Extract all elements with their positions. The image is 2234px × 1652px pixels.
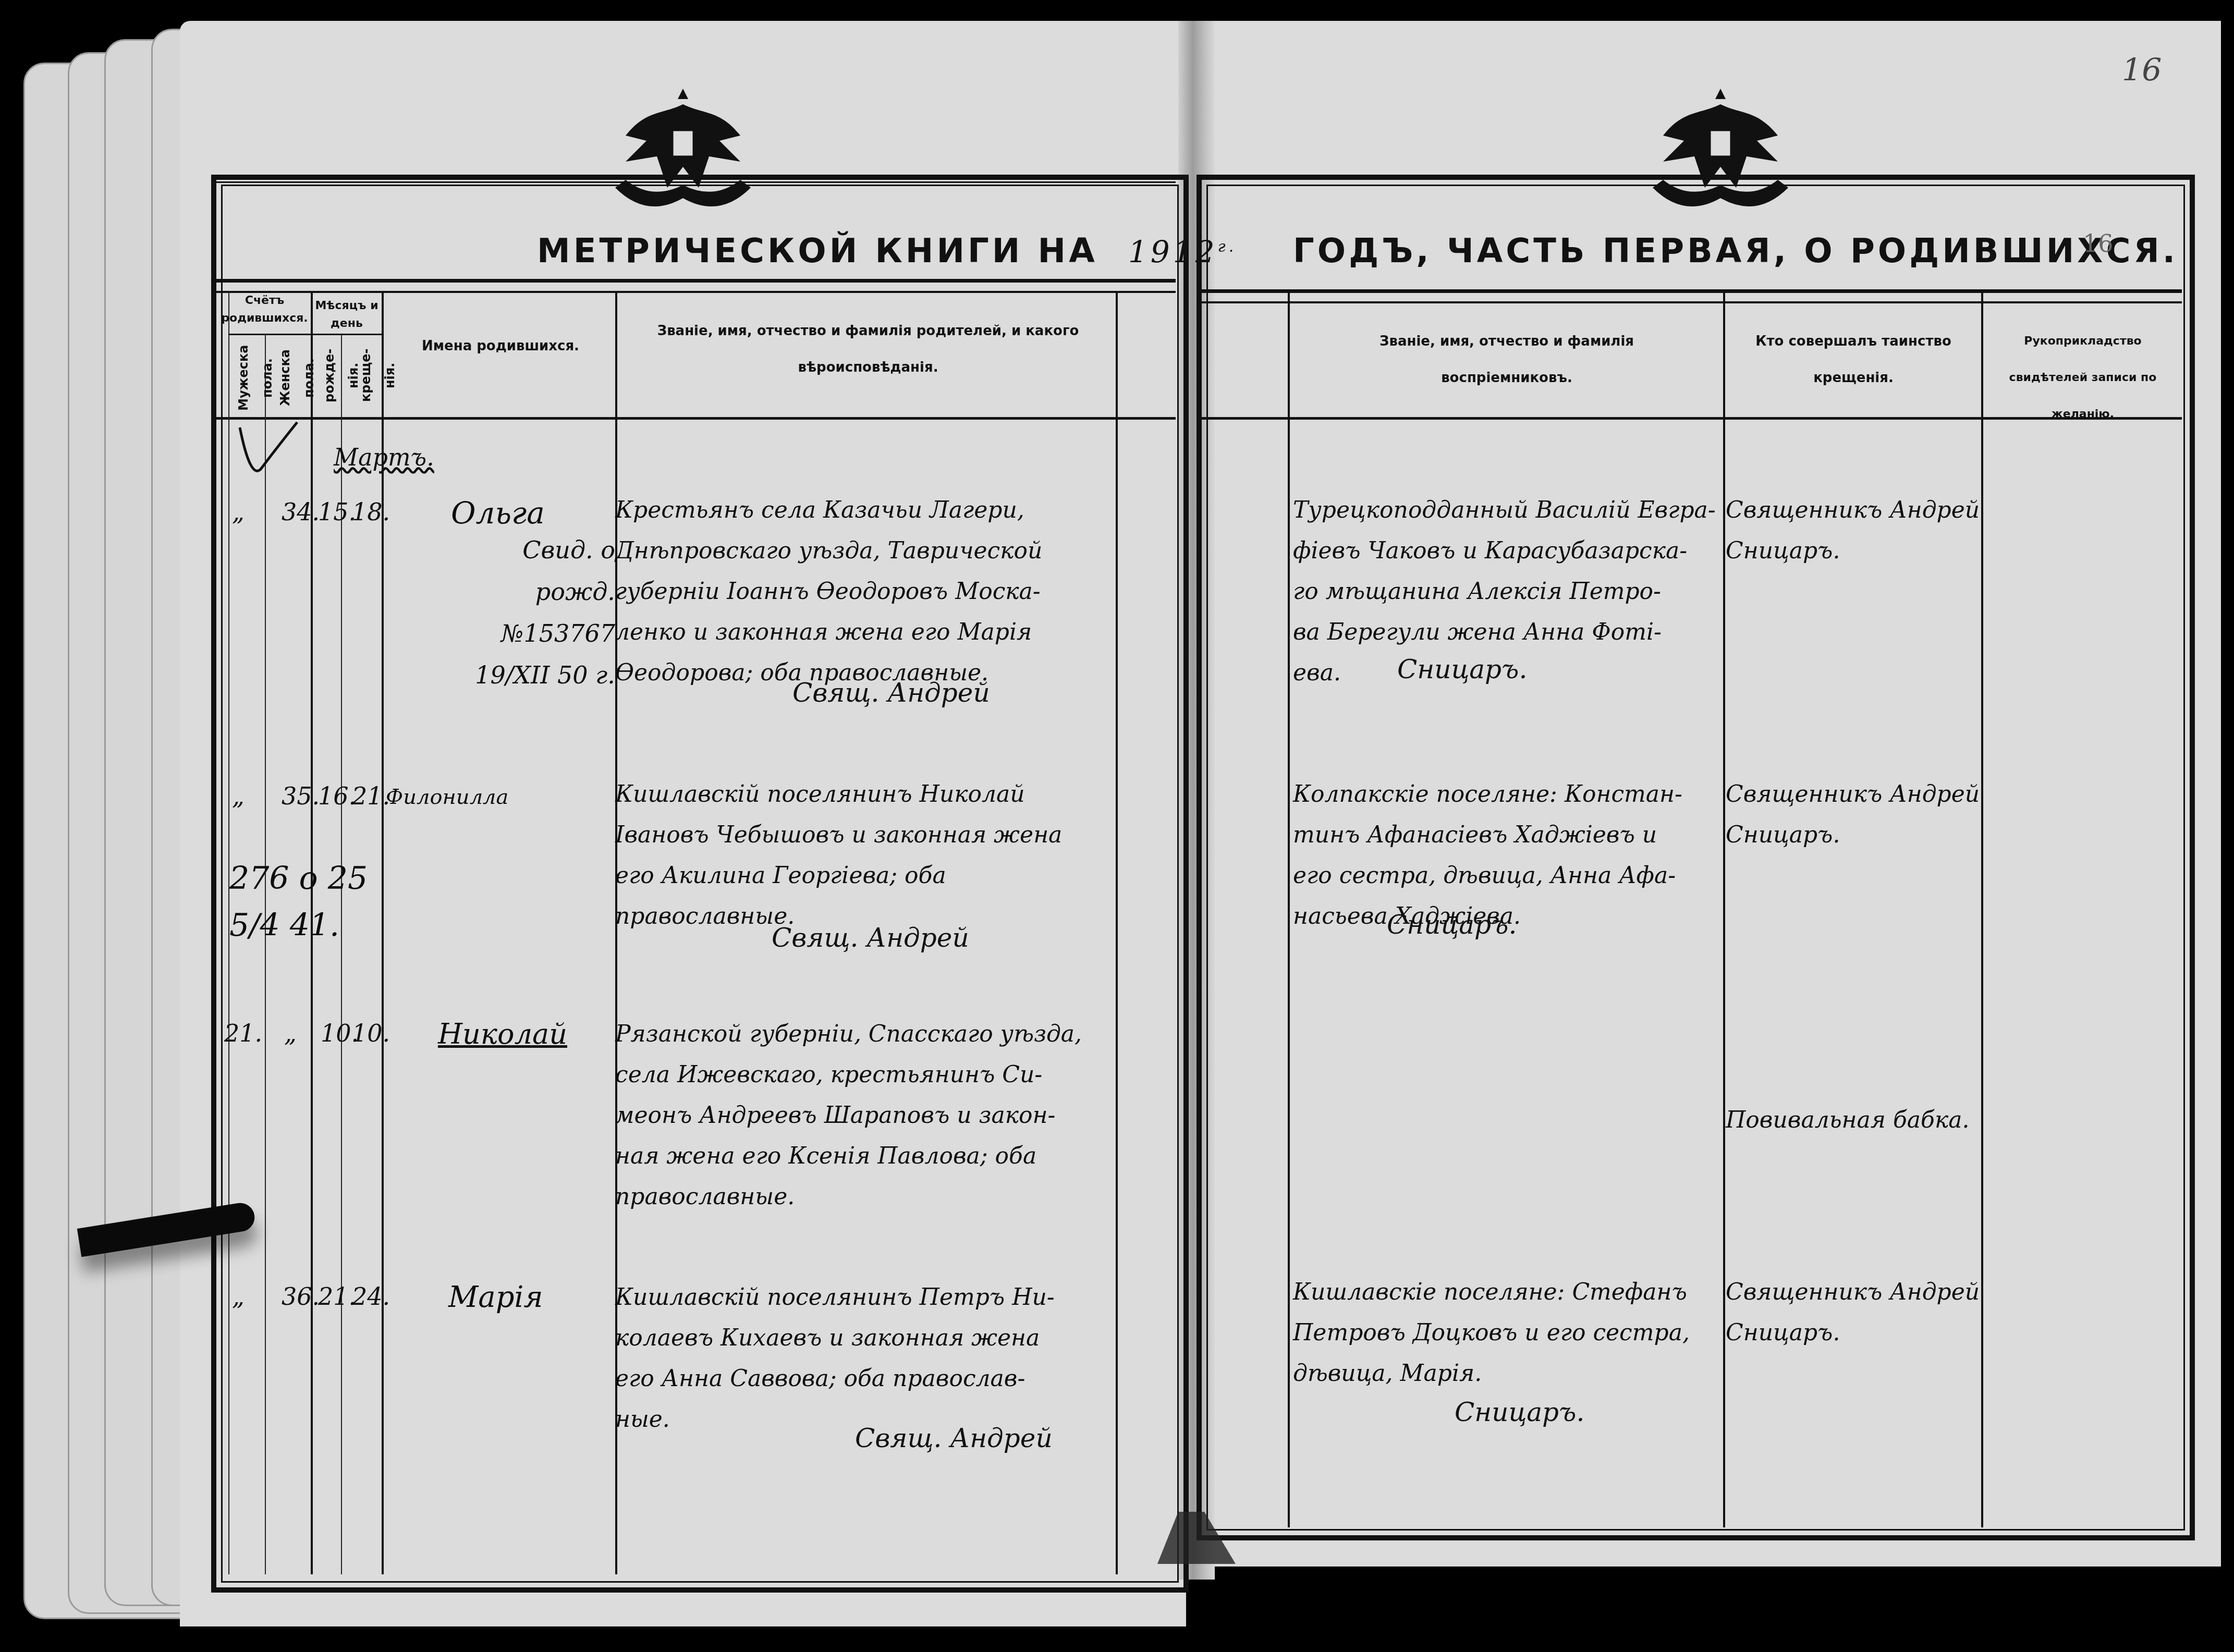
header-parents: Званіе, имя, отчество и фамилія родителе… — [620, 313, 1116, 386]
check-mark-icon — [229, 417, 313, 490]
entry-1-priest: Священникъ Андрей Сницаръ. — [1726, 490, 1981, 571]
entry-3-name: Николай — [438, 1014, 567, 1055]
entry-3-priest: Повивальная бабка. — [1726, 1100, 1981, 1141]
entry-4-male: „ — [232, 1282, 245, 1311]
entry-1-female: 34. — [282, 498, 320, 526]
entry-2-parents: Кишлавскій поселянинъ Николай Івановъ Че… — [615, 774, 1116, 937]
entry-4-godparents: Кишлавскіе поселяне: Стефанъ Петровъ Доц… — [1293, 1272, 1720, 1394]
subheader-line — [228, 334, 382, 335]
entry-2-margin-note: 276 о 25 5/4 41. — [229, 855, 368, 949]
col-divider — [1981, 292, 1983, 1527]
imperial-eagle-emblem-left — [605, 78, 761, 235]
entry-2-parents-signature: Свящ. Андрей — [772, 923, 969, 953]
entry-4-female: 36. — [282, 1282, 320, 1311]
entry-4-parents-signature: Свящ. Андрей — [855, 1423, 1053, 1453]
entry-2-birth: 16. — [318, 782, 356, 810]
entry-4-name: Марія — [448, 1277, 543, 1318]
entry-1-name: Ольга — [451, 493, 545, 533]
left-title: МЕТРИЧЕСКОЙ КНИГИ НА 1912г. — [537, 232, 1237, 271]
entry-1-margin-note: Свид. о рожд. №153767 19/XII 50 г. — [464, 529, 615, 696]
entry-2-name: Филонилла — [386, 777, 508, 817]
entry-1-parents-signature: Свящ. Андрей — [792, 678, 990, 708]
entry-4-parents: Кишлавскій поселянинъ Петръ Ни- колаевъ … — [615, 1277, 1116, 1440]
entry-3-male: 21. — [224, 1019, 262, 1047]
header-godparents: Званіе, имя, отчество и фамилія воспріем… — [1293, 323, 1720, 396]
year: 1912г. — [1128, 234, 1237, 270]
entry-4-birth: 21. — [318, 1282, 356, 1311]
header-names: Имена родившихся. — [386, 334, 615, 359]
col-divider — [265, 334, 266, 1574]
entry-2-baptism: 21. — [352, 782, 390, 810]
header-witnesses: Рукоприкладство свидѣтелей записи по жел… — [1984, 323, 2182, 433]
header-female: Женска пола. — [274, 344, 321, 412]
torn-paper-edge — [1147, 1512, 1251, 1574]
entry-1-godparents-signature: Сницаръ. — [1397, 654, 1527, 684]
col-divider — [1116, 292, 1118, 1574]
title-text: МЕТРИЧЕСКОЙ КНИГИ НА — [537, 232, 1098, 271]
col-divider — [1723, 292, 1725, 1527]
header-male: Мужеска пола. — [232, 344, 279, 412]
header-bottom-left — [216, 417, 1176, 420]
title-rule-right — [1202, 289, 2182, 303]
entry-3-baptism: 10. — [352, 1019, 390, 1047]
month-label: Мартъ. — [334, 443, 434, 471]
header-date-group: Мѣсяцъ и день — [313, 297, 381, 333]
entry-1-male: „ — [232, 498, 245, 526]
entry-3-parents: Рязанской губерніи, Спасскаго уѣзда, сел… — [615, 1014, 1116, 1217]
imperial-eagle-emblem-right — [1642, 78, 1799, 235]
folio-number: 16 — [2122, 52, 2162, 89]
entry-4-godparents-signature: Сницаръ. — [1455, 1397, 1584, 1427]
entry-3-female: „ — [284, 1019, 297, 1047]
col-divider — [382, 292, 384, 1574]
right-title: ГОДЪ, ЧАСТЬ ПЕРВАЯ, О РОДИВШИХСЯ. — [1293, 232, 2178, 271]
entry-2-female: 35. — [282, 782, 320, 810]
entry-1-baptism: 18. — [352, 498, 390, 526]
entry-2-male: „ — [232, 782, 245, 810]
entry-4-priest: Священникъ Андрей Сницаръ. — [1726, 1272, 1981, 1353]
printed-page-number: 16 — [2083, 229, 2114, 258]
entry-2-priest: Священникъ Андрей Сницаръ. — [1726, 774, 1981, 855]
entry-2-godparents-signature: Сницаръ. — [1387, 910, 1517, 940]
col-divider — [1288, 292, 1290, 1527]
top-rule-left — [216, 175, 1176, 183]
header-priest: Кто совершалъ таинство крещенія. — [1726, 323, 1981, 396]
entry-4-baptism: 24. — [352, 1282, 390, 1311]
header-count-group: Счётъ родившихся. — [219, 292, 310, 327]
title-rule-left — [216, 279, 1176, 293]
entry-1-birth: 15. — [318, 498, 356, 526]
entry-1-parents: Крестьянъ села Казачьи Лагери, Днѣпровск… — [615, 490, 1116, 693]
